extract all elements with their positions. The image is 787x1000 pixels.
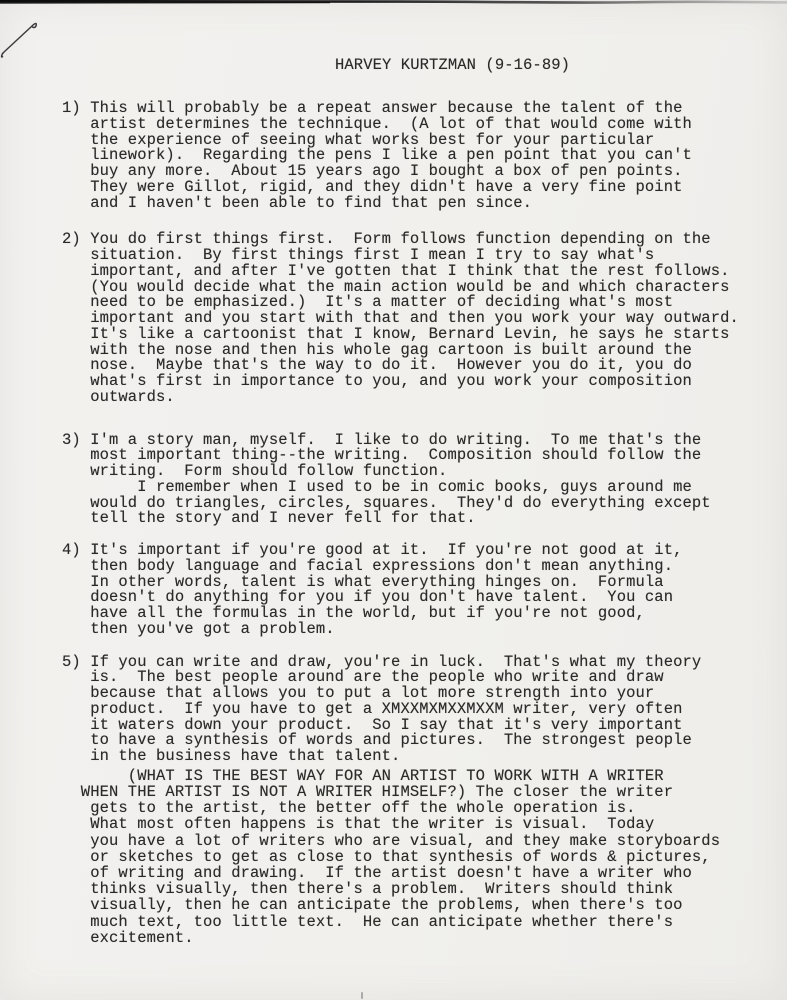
document-body: 1) This will probably be a repeat answer… — [62, 0, 762, 946]
scan-speck — [361, 992, 363, 999]
answer-paragraph-3: 3) I'm a story man, myself. I like to do… — [62, 433, 762, 528]
answer-paragraph-4: 4) It's important if you're good at it. … — [62, 543, 762, 638]
answer-paragraph-5: 5) If you can write and draw, you're in … — [62, 655, 762, 765]
answer-paragraph-1: 1) This will probably be a repeat answer… — [62, 101, 762, 211]
handwritten-slash-mark — [0, 10, 60, 70]
scanned-typewritten-page: HARVEY KURTZMAN (9-16-89) 1) This will p… — [0, 0, 787, 1000]
answer-paragraph-2: 2) You do first things first. Form follo… — [62, 232, 762, 405]
answer-paragraph-5-continued: (WHAT IS THE BEST WAY FOR AN ARTIST TO W… — [62, 768, 762, 946]
